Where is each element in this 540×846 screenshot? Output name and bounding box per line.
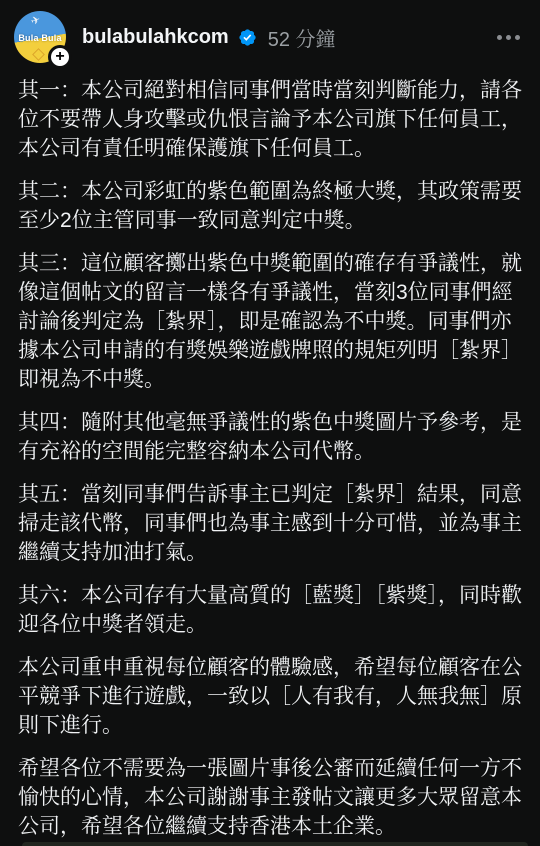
- post-paragraph: 其一：本公司絕對相信同事們當時當刻判斷能力，請各位不要帶人身攻擊或仇恨言論予本公…: [18, 76, 522, 163]
- verified-badge-icon: [238, 28, 257, 47]
- avatar-wrap: ✈ Bula Bula +: [14, 11, 66, 63]
- more-dot-icon: [506, 35, 511, 40]
- more-dot-icon: [515, 35, 520, 40]
- post-header: ✈ Bula Bula + bulabulahkcom 52 分鐘: [0, 0, 540, 64]
- post-paragraph: 其四：隨附其他毫無爭議性的紫色中獎圖片予參考，是有充裕的空間能完整容納本公司代幣…: [18, 408, 522, 466]
- post-paragraph: 其五：當刻同事們告訴事主已判定［紮界］結果，同意掃走該代幣，同事們也為事主感到十…: [18, 480, 522, 567]
- avatar-logo-text: Bula Bula: [14, 33, 66, 43]
- header-main: bulabulahkcom 52 分鐘: [82, 23, 336, 52]
- attached-image-top-edge[interactable]: [22, 842, 528, 846]
- post-paragraph: 希望各位不需要為一張圖片事後公審而延續任何一方不愉快的心情，本公司謝謝事主發帖文…: [18, 754, 522, 841]
- more-dot-icon: [497, 35, 502, 40]
- post-paragraph: 其二：本公司彩虹的紫色範圍為終極大獎，其政策需要至少2位主管同事一致同意判定中獎…: [18, 177, 522, 235]
- username[interactable]: bulabulahkcom: [82, 26, 229, 49]
- post-paragraph: 本公司重申重視每位顧客的體驗感，希望每位顧客在公平競爭下進行遊戲，一致以［人有我…: [18, 653, 522, 740]
- avatar-plane-icon: ✈: [29, 13, 42, 28]
- avatar-diamond-icon: [32, 48, 45, 61]
- timestamp: 52 分鐘: [268, 23, 336, 52]
- more-options-button[interactable]: [493, 25, 524, 50]
- post-paragraph: 其六：本公司存有大量高質的［藍獎］［紫獎］，同時歡迎各位中獎者領走。: [18, 581, 522, 639]
- follow-plus-button[interactable]: +: [48, 45, 72, 69]
- post-paragraph: 其三：這位顧客擲出紫色中獎範圍的確存有爭議性，就像這個帖文的留言一樣各有爭議性，…: [18, 249, 522, 394]
- post-content: 其一：本公司絕對相信同事們當時當刻判斷能力，請各位不要帶人身攻擊或仇恨言論予本公…: [0, 64, 540, 841]
